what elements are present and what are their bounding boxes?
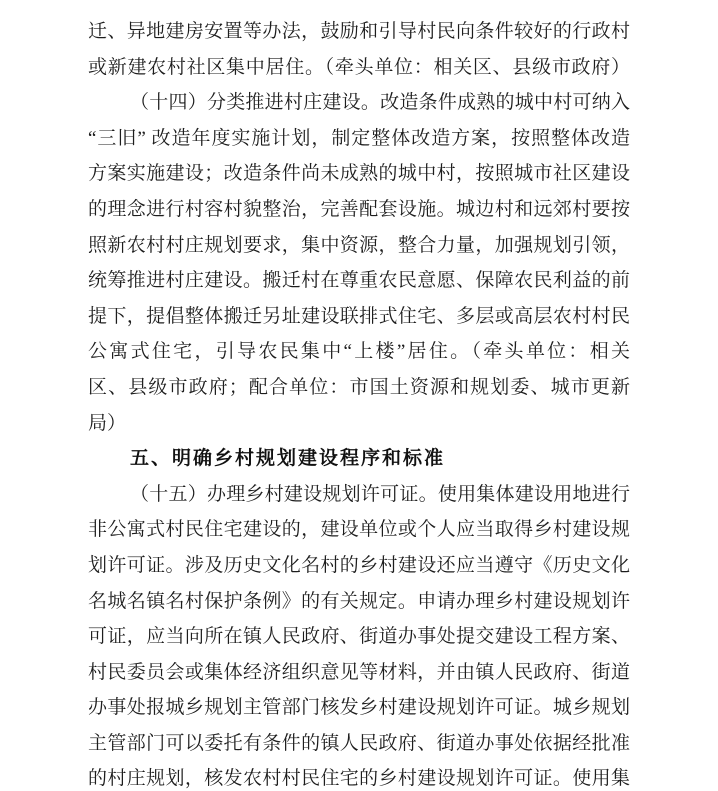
paragraph-15-start: （十五）办理乡村建设规划许可证。使用集体建设用地进行 <box>88 477 630 513</box>
text-line: 划许可证。涉及历史文化名村的乡村建设还应当遵守《历史文化 <box>88 548 630 584</box>
text-line: 办事处报城乡规划主管部门核发乡村建设规划许可证。城乡规划 <box>88 690 630 726</box>
paragraph-14-end: 局） <box>88 406 630 442</box>
text-line: 方案实施建设；改造条件尚未成熟的城中村，按照城市社区建设 <box>88 156 630 192</box>
text-line: 可证，应当向所在镇人民政府、街道办事处提交建设工程方案、 <box>88 619 630 655</box>
document-page: 迁、异地建房安置等办法，鼓励和引导村民向条件较好的行政村 或新建农村社区集中居住… <box>0 0 718 791</box>
text-line: 村民委员会或集体经济组织意见等材料，并由镇人民政府、街道 <box>88 655 630 691</box>
text-line: 迁、异地建房安置等办法，鼓励和引导村民向条件较好的行政村 <box>88 14 630 50</box>
paragraph-14-start: （十四）分类推进村庄建设。改造条件成熟的城中村可纳入 <box>88 85 630 121</box>
text-line: 提下，提倡整体搬迁另址建设联排式住宅、多层或高层农村村民 <box>88 299 630 335</box>
text-line: “三旧” 改造年度实施计划，制定整体改造方案，按照整体改造 <box>88 121 630 157</box>
text-line: 统筹推进村庄建设。搬迁村在尊重农民意愿、保障农民利益的前 <box>88 263 630 299</box>
text-line: 区、县级市政府；配合单位：市国土资源和规划委、城市更新 <box>88 370 630 406</box>
text-line: 的村庄规划，核发农村村民住宅的乡村建设规划许可证。使用集 <box>88 761 630 791</box>
text-line: 主管部门可以委托有条件的镇人民政府、街道办事处依据经批准 <box>88 726 630 762</box>
text-line: 或新建农村社区集中居住。（牵头单位：相关区、县级市政府） <box>88 50 630 86</box>
text-line: 的理念进行村容村貌整治，完善配套设施。城边村和远郊村要按 <box>88 192 630 228</box>
text-line: 名城名镇名村保护条例》的有关规定。申请办理乡村建设规划许 <box>88 584 630 620</box>
text-line: 照新农村村庄规划要求，集中资源，整合力量，加强规划引领， <box>88 228 630 264</box>
text-line: 公寓式住宅，引导农民集中“上楼”居住。（牵头单位：相关 <box>88 334 630 370</box>
section-heading: 五、明确乡村规划建设程序和标准 <box>88 441 630 477</box>
text-line: 非公寓式村民住宅建设的，建设单位或个人应当取得乡村建设规 <box>88 512 630 548</box>
